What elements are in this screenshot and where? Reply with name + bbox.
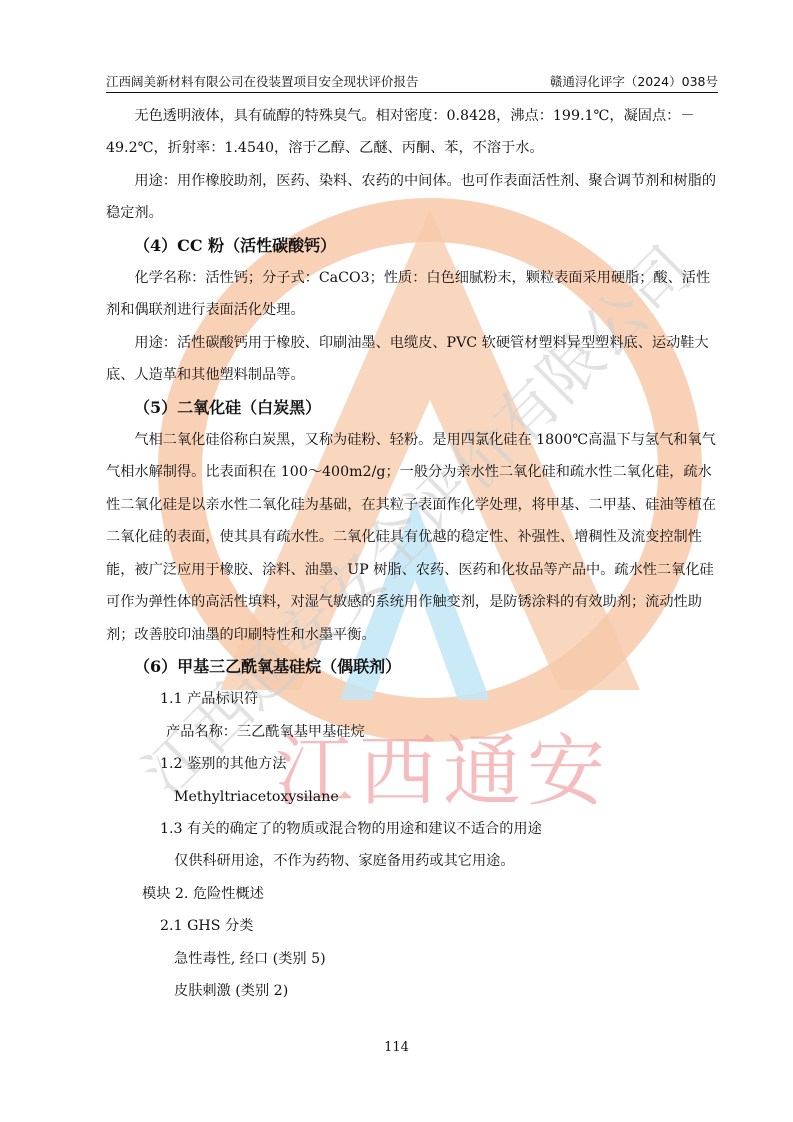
paragraph-cc-usage: 用途：活性碳酸钙用于橡胶、印刷油墨、电缆皮、PVC 软硬管材塑料异型塑料底、运动… <box>106 327 718 392</box>
page-header: 江西阔美新材料有限公司在役装置项目安全现状评价报告 赣通浔化评字（2024）03… <box>106 70 718 93</box>
section-heading-4: （4）CC 粉（活性碳酸钙） <box>106 230 718 262</box>
product-name: 产品名称：三乙酰氧基甲基硅烷 <box>106 716 718 748</box>
subsection-1-1: 1.1 产品标识符 <box>106 683 718 715</box>
document-body: 无色透明液体，具有硫醇的特殊臭气。相对密度：0.8428，沸点：199.1℃，凝… <box>106 100 718 1007</box>
paragraph-properties: 无色透明液体，具有硫醇的特殊臭气。相对密度：0.8428，沸点：199.1℃，凝… <box>106 100 718 165</box>
document-number: 赣通浔化评字（2024）038号 <box>550 72 718 90</box>
subsection-1-2: 1.2 鉴别的其他方法 <box>106 748 718 780</box>
section-heading-6: （6）甲基三乙酰氧基硅烷（偶联剂） <box>106 651 718 683</box>
subsection-2-1: 2.1 GHS 分类 <box>106 910 718 942</box>
subsection-1-3: 1.3 有关的确定了的物质或混合物的用途和建议不适合的用途 <box>106 813 718 845</box>
paragraph-usage: 用途：用作橡胶助剂，医药、染料、农药的中间体。也可作表面活性剂、聚合调节剂和树脂… <box>106 165 718 230</box>
usage-restriction: 仅供科研用途，不作为药物、家庭备用药或其它用途。 <box>106 845 718 877</box>
ghs-item: 急性毒性, 经口 (类别 5) <box>106 943 718 975</box>
ghs-item: 皮肤刺激 (类别 2) <box>106 975 718 1007</box>
section-heading-5: （5）二氧化硅（白炭黑） <box>106 392 718 424</box>
module-2-heading: 模块 2. 危险性概述 <box>106 878 718 910</box>
paragraph-cc-chemical: 化学名称：活性钙；分子式：CaCO3；性质：白色细腻粉末，颗粒表面采用硬脂；酸、… <box>106 262 718 327</box>
report-title: 江西阔美新材料有限公司在役装置项目安全现状评价报告 <box>106 72 419 90</box>
page-number: 114 <box>0 1040 793 1055</box>
paragraph-silica: 气相二氧化硅俗称白炭黑，又称为硅粉、轻粉。是用四氯化硅在 1800℃高温下与氢气… <box>106 424 718 651</box>
english-name: Methyltriacetoxysilane <box>106 781 718 813</box>
